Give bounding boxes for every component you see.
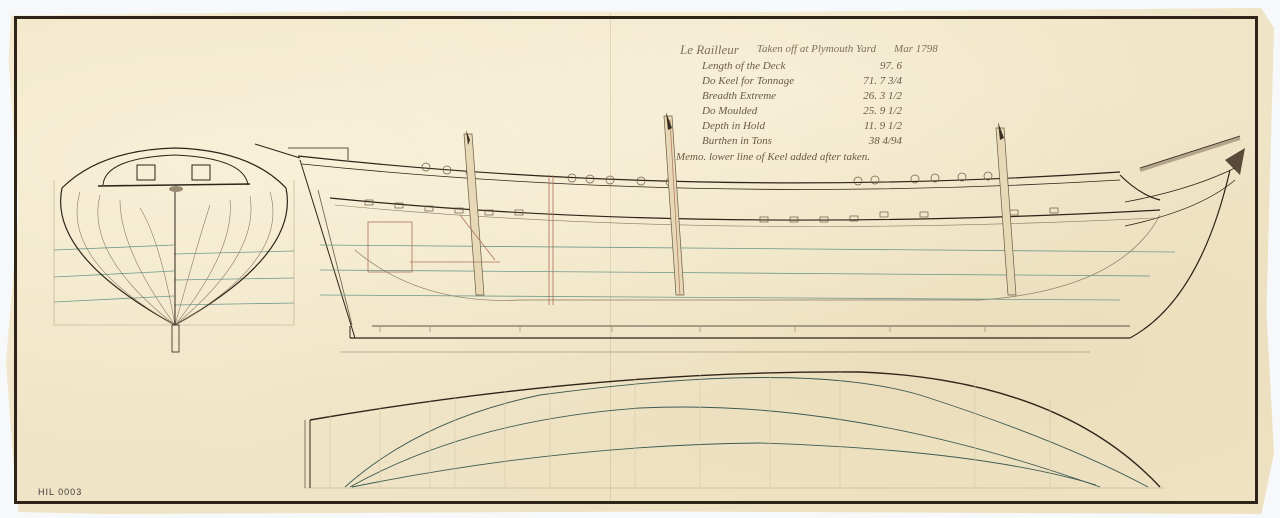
dimension-label: Length of the Deck	[702, 59, 785, 74]
ship-subtitle: Taken off at Plymouth Yard	[757, 42, 876, 57]
dimension-row: Do Moulded 25. 9 1/2	[702, 104, 902, 119]
dimension-label: Burthen in Tons	[702, 134, 772, 149]
dimension-row: Length of the Deck 97. 6	[702, 59, 902, 74]
keel-note: Memo. lower line of Keel added after tak…	[676, 150, 1000, 165]
dimension-label: Depth in Hold	[702, 119, 765, 134]
mizzen-mast	[464, 130, 484, 295]
dimension-label: Breadth Extreme	[702, 89, 776, 104]
ship-name: Le Railleur	[680, 42, 739, 57]
drawing-date: Mar 1798	[894, 42, 938, 57]
title-block: Le Railleur Taken off at Plymouth Yard M…	[680, 42, 1000, 165]
dimension-row: Depth in Hold 11. 9 1/2	[702, 119, 902, 134]
dimension-label: Do Keel for Tonnage	[702, 74, 794, 89]
title-row: Le Railleur Taken off at Plymouth Yard M…	[680, 42, 1000, 57]
dimension-row: Breadth Extreme 26. 3 1/2	[702, 89, 902, 104]
dimension-value: 11. 9 1/2	[864, 119, 902, 134]
body-plan	[54, 148, 294, 352]
dimension-value: 71. 7 3/4	[863, 74, 902, 89]
dimension-value: 25. 9 1/2	[863, 104, 902, 119]
dimension-row: Do Keel for Tonnage 71. 7 3/4	[702, 74, 902, 89]
dimension-value: 97. 6	[880, 59, 902, 74]
dimension-value: 38 4/94	[869, 134, 902, 149]
dimensions-table: Length of the Deck 97. 6 Do Keel for Ton…	[702, 59, 1000, 149]
half-breadth-plan	[305, 372, 1165, 488]
dimension-row: Burthen in Tons 38 4/94	[702, 134, 902, 149]
dimension-label: Do Moulded	[702, 104, 757, 119]
catalog-number: HIL 0003	[38, 487, 82, 497]
dimension-value: 26. 3 1/2	[863, 89, 902, 104]
ship-draught-drawing	[0, 0, 1280, 518]
